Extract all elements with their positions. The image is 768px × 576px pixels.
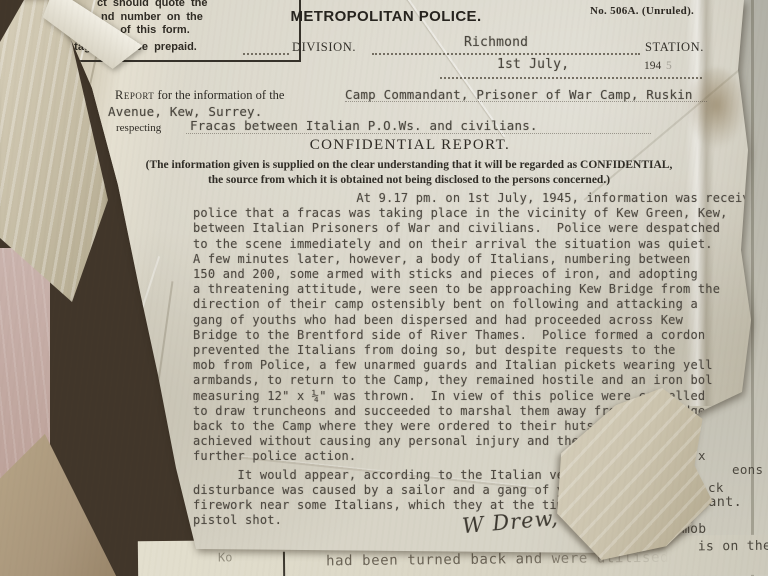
respecting-value: Fracas between Italian P.O.Ws. and civil… bbox=[190, 118, 538, 133]
typed-line: achieved without causing any personal in… bbox=[193, 434, 738, 449]
typed-line: At 9.17 pm. on 1st July, 1945, informati… bbox=[193, 191, 738, 206]
typed-line: 150 and 200, some armed with sticks and … bbox=[193, 267, 738, 282]
date-value: 1st July, bbox=[497, 57, 569, 72]
report-for-label: Report for the information of the bbox=[115, 88, 284, 103]
inspector-rank-text: Inspect bbox=[590, 534, 646, 549]
note-line: the source from which it is obtained not… bbox=[56, 173, 762, 188]
typed-line: prevented the Italians from doing so, bu… bbox=[193, 343, 738, 358]
typed-line: to draw truncheons and succeeded to mars… bbox=[193, 404, 738, 419]
document-paper: ct should quote the nd number on the rev… bbox=[0, 0, 768, 576]
typed-line: a threatening attitude, were seen to be … bbox=[193, 282, 738, 297]
faint-year-digit: 5 bbox=[666, 60, 672, 72]
division-value: Richmond bbox=[464, 35, 528, 50]
form-title: METROPOLITAN POLICE. bbox=[286, 8, 486, 25]
typed-line: A few minutes later, however, a body of … bbox=[193, 252, 738, 267]
addressee-line: Camp Commandant, Prisoner of War Camp, R… bbox=[345, 87, 693, 102]
crease-line bbox=[46, 43, 100, 288]
respecting-label: respecting bbox=[116, 122, 161, 134]
typed-line: gang of youths who had been dispersed an… bbox=[193, 313, 738, 328]
typed-line: direction of their camp ostensibly bent … bbox=[193, 297, 738, 312]
report-body: At 9.17 pm. on 1st July, 1945, informati… bbox=[193, 191, 738, 528]
crumpled-left-edge-shading bbox=[30, 0, 205, 576]
report-word: Report bbox=[115, 88, 154, 102]
box-line: ct should quote the bbox=[45, 0, 299, 11]
typed-line: It would appear, according to the Italia… bbox=[193, 468, 738, 483]
typed-line: to the scene immediately and on their ar… bbox=[193, 237, 738, 252]
photo-of-police-report: { "palette": { "background": "#41362a", … bbox=[0, 0, 768, 576]
confidentiality-note: (The information given is supplied on th… bbox=[56, 158, 762, 187]
report-label-rest: for the information of the bbox=[154, 88, 284, 102]
typed-line: police that a fracas was taking place in… bbox=[193, 206, 738, 221]
printed-year: 194 bbox=[644, 60, 661, 72]
typed-line: armbands, to return to the Camp, they re… bbox=[193, 373, 738, 388]
dotted-rule bbox=[440, 62, 702, 79]
typed-line: back to the Camp where they were ordered… bbox=[193, 419, 738, 434]
typed-line: disturbance was caused by a sailor and a… bbox=[193, 483, 738, 498]
typed-line: Bridge to the Brentford side of River Th… bbox=[193, 328, 738, 343]
station-label: STATION. bbox=[645, 40, 704, 55]
typed-line: firework near some Italians, which they … bbox=[193, 498, 738, 513]
typed-line: between Italian Prisoners of War and civ… bbox=[193, 221, 738, 236]
box-line: nd number on the bbox=[45, 11, 299, 25]
division-label: DIVISION. bbox=[292, 40, 356, 55]
note-line: (The information given is supplied on th… bbox=[56, 158, 762, 173]
confidential-report-heading: CONFIDENTIAL REPORT. bbox=[120, 137, 700, 154]
typed-line: mob from Police, a few unarmed guards an… bbox=[193, 358, 738, 373]
typed-line: further police action. bbox=[193, 449, 738, 464]
typed-line: measuring 12" x ¼" was thrown. In view o… bbox=[193, 389, 738, 404]
police-report-document: ct should quote the nd number on the rev… bbox=[0, 0, 768, 576]
crease-line bbox=[78, 256, 160, 504]
dotted-rule bbox=[243, 38, 289, 55]
box-line: reverse of this form. bbox=[45, 24, 299, 38]
form-number: No. 506A. (Unruled). bbox=[590, 5, 694, 17]
